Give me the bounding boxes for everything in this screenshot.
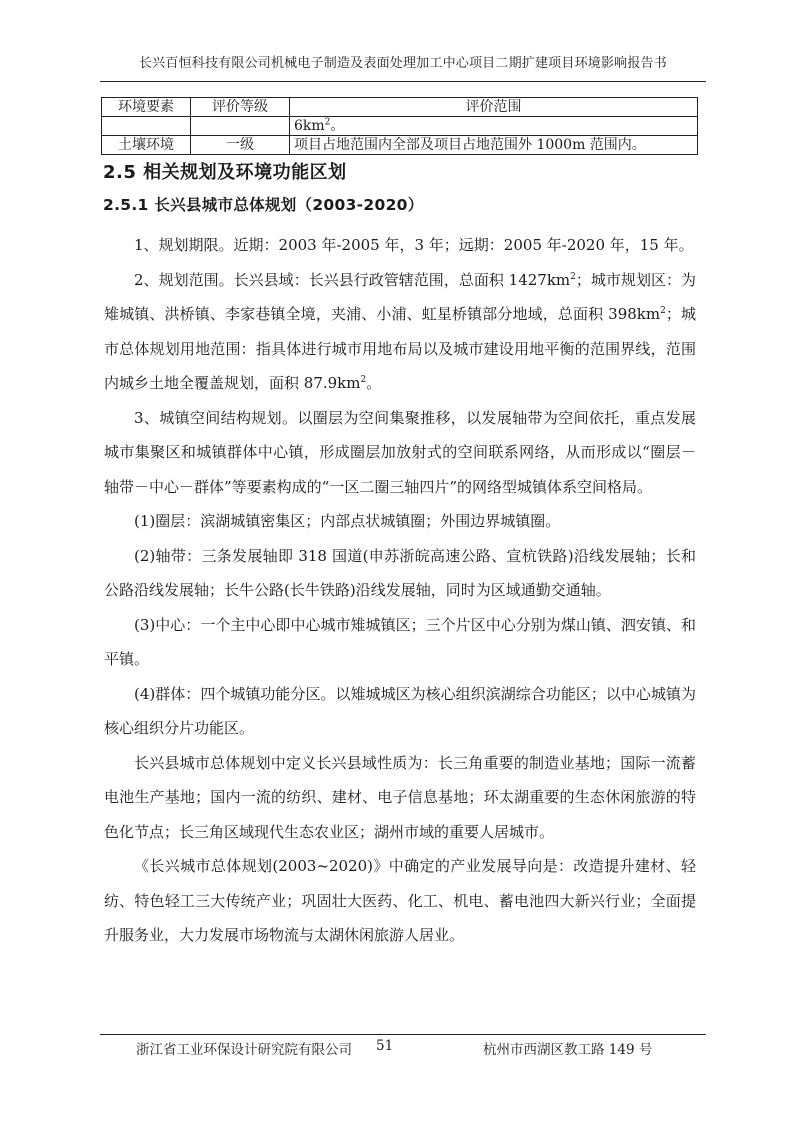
paragraph-axes: (2)轴带：三条发展轴即 318 国道(申苏浙皖高速公路、宣杭铁路)沿线发展轴；…: [104, 539, 696, 608]
section-heading: 2.5 相关规划及环境功能区划: [103, 158, 347, 184]
scope-text: 。: [330, 118, 344, 134]
paragraph-centers: (3)中心：一个主中心即中心城市雉城镇区；三个片区中心分别为煤山镇、泗安镇、和平…: [104, 608, 696, 677]
paragraph-groups: (4)群体：四个城镇功能分区。以雉城城区为核心组织滨湖综合功能区；以中心城镇为核…: [104, 677, 696, 746]
table-cell: 土壤环境: [102, 136, 191, 155]
text-run: 2、规划范围。长兴县域：长兴县行政管辖范围，总面积 1427km: [134, 271, 570, 289]
footer-rule: [100, 1034, 706, 1035]
column-header: 环境要素: [102, 98, 191, 117]
document-header-title: 长兴百恒科技有限公司机械电子制造及表面处理加工中心项目二期扩建项目环境影响报告书: [100, 52, 706, 71]
table-cell: [102, 117, 191, 136]
paragraph-planning-period: 1、规划期限。近期：2003 年-2005 年，3 年；远期：2005 年-20…: [104, 228, 696, 263]
text-run: 。: [366, 374, 381, 392]
scope-text: 6km: [294, 118, 325, 134]
body-content: 1、规划期限。近期：2003 年-2005 年，3 年；远期：2005 年-20…: [104, 228, 696, 953]
page-number: 51: [376, 1038, 393, 1054]
page-footer: 浙江省工业环保设计研究院有限公司 51 杭州市西湖区教工路 149 号: [100, 1038, 706, 1058]
table-row: 土壤环境 一级 项目占地范围内全部及项目占地范围外 1000m 范围内。: [102, 136, 698, 155]
paragraph-spatial-structure: 3、城镇空间结构规划。以圈层为空间集聚推移，以发展轴带为空间依托，重点发展城市集…: [104, 401, 696, 505]
table-header-row: 环境要素 评价等级 评价范围: [102, 98, 698, 117]
footer-address: 杭州市西湖区教工路 149 号: [483, 1038, 652, 1058]
table-cell: [191, 117, 290, 136]
paragraph-planning-scope: 2、规划范围。长兴县域：长兴县行政管辖范围，总面积 1427km2；城市规划区：…: [104, 263, 696, 401]
table-cell: 一级: [191, 136, 290, 155]
column-header: 评价范围: [290, 98, 698, 117]
column-header: 评价等级: [191, 98, 290, 117]
evaluation-scope-table: 环境要素 评价等级 评价范围 6km2。 土壤环境 一级 项目占地范围内全部及项…: [101, 97, 698, 155]
header-rule: [100, 81, 706, 82]
footer-company: 浙江省工业环保设计研究院有限公司: [136, 1038, 352, 1058]
table-cell: 6km2。: [290, 117, 698, 136]
table-cell: 项目占地范围内全部及项目占地范围外 1000m 范围内。: [290, 136, 698, 155]
paragraph-county-nature: 长兴县城市总体规划中定义长兴县域性质为：长三角重要的制造业基地；国际一流蓄电池生…: [104, 746, 696, 850]
paragraph-industry-orientation: 《长兴城市总体规划(2003~2020)》中确定的产业发展导向是：改造提升建材、…: [104, 849, 696, 953]
table-row: 6km2。: [102, 117, 698, 136]
subsection-heading: 2.5.1 长兴县城市总体规划（2003-2020）: [103, 193, 424, 215]
paragraph-rings: (1)圈层：滨湖城镇密集区；内部点状城镇圈；外围边界城镇圈。: [104, 504, 696, 539]
